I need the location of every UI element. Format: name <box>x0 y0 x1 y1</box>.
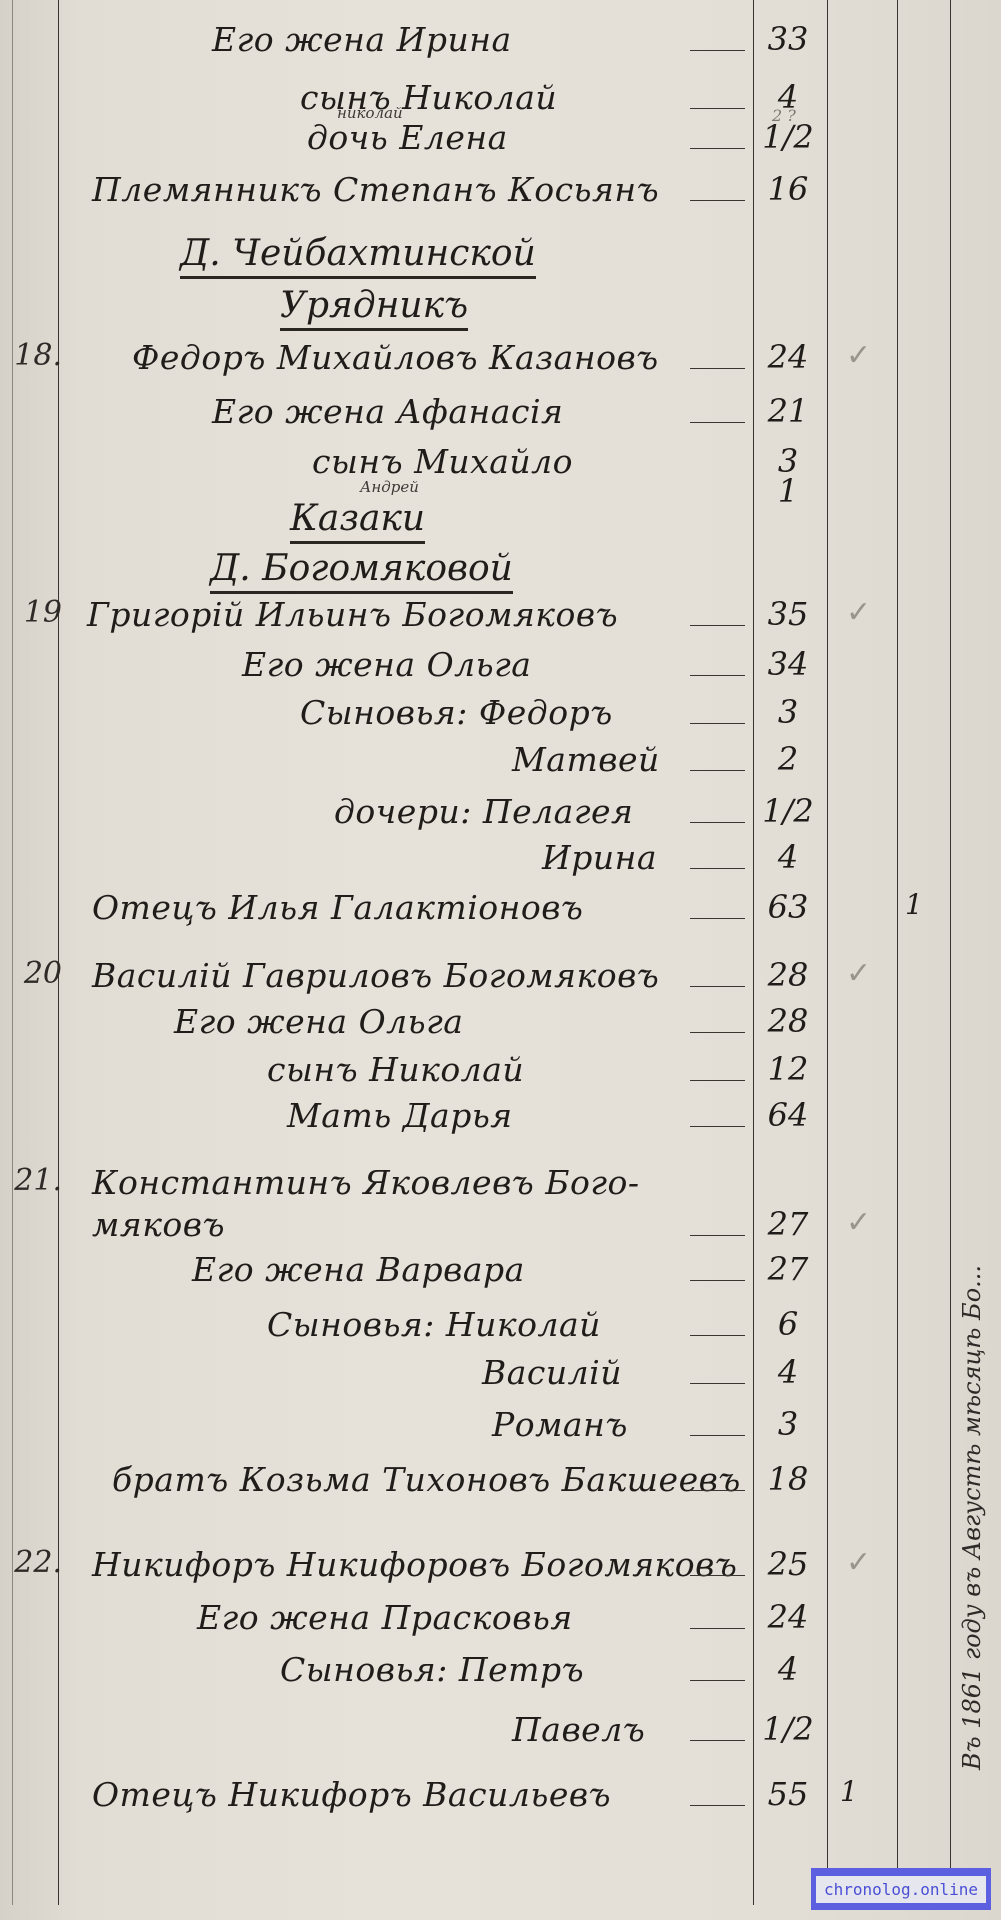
leader-dash <box>690 822 745 823</box>
entry-number: 19 <box>4 595 62 630</box>
register-row: Его жена Афанасія21 <box>0 392 1001 444</box>
person-age: 34 <box>756 645 820 683</box>
person-name: Василій <box>482 1353 622 1392</box>
person-age: 24 <box>756 338 820 376</box>
count-mark: 1 <box>905 888 923 921</box>
watermark: chronolog.online <box>811 1868 991 1910</box>
leader-dash <box>690 108 745 109</box>
person-age: 33 <box>756 20 820 58</box>
person-name: Федоръ Михайловъ Казановъ <box>132 338 659 377</box>
entry-number: 21. <box>4 1163 62 1198</box>
person-name: Сыновья: Петръ <box>280 1650 584 1689</box>
entry-number: 22. <box>4 1545 62 1580</box>
person-name: Романъ <box>492 1405 628 1444</box>
register-row: Ирина4 <box>0 838 1001 890</box>
person-name: Мать Дарья <box>287 1096 513 1135</box>
person-age: 1/2 <box>756 792 820 830</box>
person-name: Ирина <box>542 838 657 877</box>
person-age: 63 <box>756 888 820 926</box>
register-row: Сыновья: Федоръ3 <box>0 693 1001 745</box>
register-row: Его жена Ирина33 <box>0 20 1001 72</box>
register-row: сынъ Николай12 <box>0 1050 1001 1102</box>
leader-dash <box>690 368 745 369</box>
leader-dash <box>690 1280 745 1281</box>
leader-dash <box>690 148 745 149</box>
leader-dash <box>690 675 745 676</box>
person-age: 25 <box>756 1545 820 1583</box>
entry-number: 20 <box>4 956 62 991</box>
person-name: Его жена Афанасія <box>212 392 563 431</box>
checkmark-icon: ✓ <box>846 956 871 991</box>
register-row: Матвей2 <box>0 740 1001 792</box>
register-row: Павелъ1/2 <box>0 1710 1001 1762</box>
person-name: дочери: Пелагея <box>334 792 633 831</box>
person-age: 28 <box>756 956 820 994</box>
leader-dash <box>690 1805 745 1806</box>
leader-dash <box>690 770 745 771</box>
person-name: Отецъ Илья Галактіоновъ <box>92 888 583 927</box>
person-name: Племянникъ Степанъ Косьянъ <box>92 170 659 209</box>
person-name: Григорій Ильинъ Богомяковъ <box>87 595 618 634</box>
person-name: дочь Елена <box>307 118 508 157</box>
register-row: Отецъ Никифоръ Васильевъ551 <box>0 1775 1001 1827</box>
checkmark-icon: ✓ <box>846 1545 871 1580</box>
person-age: 4 <box>756 1650 820 1688</box>
person-name: Василій Гавриловъ Богомяковъ <box>92 956 659 995</box>
person-age: 64 <box>756 1096 820 1134</box>
register-row: 22.Никифоръ Никифоровъ Богомяковъ25✓ <box>0 1545 1001 1597</box>
leader-dash <box>690 1080 745 1081</box>
person-name: Павелъ <box>512 1710 645 1749</box>
checkmark-icon: ✓ <box>846 1205 871 1240</box>
person-age: 4 <box>756 838 820 876</box>
leader-dash <box>690 1235 745 1236</box>
watermark-text: chronolog.online <box>816 1876 986 1903</box>
leader-dash <box>690 1490 745 1491</box>
person-name: Отецъ Никифоръ Васильевъ <box>92 1775 611 1814</box>
person-name: Никифоръ Никифоровъ Богомяковъ <box>92 1545 737 1584</box>
register-row: Василій4 <box>0 1353 1001 1405</box>
person-age: 27 <box>756 1250 820 1288</box>
register-row: дочери: Пелагея1/2 <box>0 792 1001 844</box>
person-name: Его жена Ольга <box>174 1002 463 1041</box>
register-row: Племянникъ Степанъ Косьянъ16 <box>0 170 1001 222</box>
register-row: Его жена Варвара27 <box>0 1250 1001 1302</box>
section-heading: Д. Богомяковой <box>210 548 513 594</box>
person-age: 4 <box>756 1353 820 1391</box>
person-age: 1 <box>756 472 820 510</box>
leader-dash <box>690 625 745 626</box>
leader-dash <box>690 723 745 724</box>
person-age: 1/2 <box>756 1710 820 1748</box>
register-row: 18.Федоръ Михайловъ Казановъ24✓ <box>0 338 1001 390</box>
person-name: Его жена Ирина <box>212 20 512 59</box>
person-age: 35 <box>756 595 820 633</box>
person-name: мяковъ <box>92 1205 225 1244</box>
person-name: Его жена Варвара <box>192 1250 525 1289</box>
person-age: 28 <box>756 1002 820 1040</box>
entry-number: 18. <box>4 338 62 373</box>
register-row: Его жена Ольга28 <box>0 1002 1001 1054</box>
checkmark-icon: ✓ <box>846 595 871 630</box>
person-age: 12 <box>756 1050 820 1088</box>
person-name: Сыновья: Николай <box>267 1305 601 1344</box>
checkmark-icon: ✓ <box>846 338 871 373</box>
leader-dash <box>690 986 745 987</box>
leader-dash <box>690 50 745 51</box>
person-age: 16 <box>756 170 820 208</box>
leader-dash <box>690 1680 745 1681</box>
leader-dash <box>690 1335 745 1336</box>
leader-dash <box>690 868 745 869</box>
register-row: 19Григорій Ильинъ Богомяковъ35✓ <box>0 595 1001 647</box>
person-age: 3 <box>756 693 820 731</box>
person-name: Сыновья: Федоръ <box>300 693 613 732</box>
leader-dash <box>690 1740 745 1741</box>
leader-dash <box>690 1575 745 1576</box>
person-age: 18 <box>756 1460 820 1498</box>
register-row: Отецъ Илья Галактіоновъ631 <box>0 888 1001 940</box>
register-row: Романъ3 <box>0 1405 1001 1457</box>
register-row: Мать Дарья64 <box>0 1096 1001 1148</box>
register-row: Его жена Ольга34 <box>0 645 1001 697</box>
person-age: 27 <box>756 1205 820 1243</box>
leader-dash <box>690 1032 745 1033</box>
section-heading: Урядникъ <box>280 285 468 331</box>
register-row: Сыновья: Петръ4 <box>0 1650 1001 1702</box>
person-name: Его жена Прасковья <box>197 1598 573 1637</box>
person-name: Константинъ Яковлевъ Бого- <box>92 1163 640 1202</box>
leader-dash <box>690 422 745 423</box>
person-age: 2 <box>756 740 820 778</box>
register-row-extra-age: 1 <box>0 472 1001 524</box>
leader-dash <box>690 200 745 201</box>
register-row: Сыновья: Николай6 <box>0 1305 1001 1357</box>
leader-dash <box>690 1628 745 1629</box>
person-name: сынъ Николай <box>267 1050 524 1089</box>
person-age: 21 <box>756 392 820 430</box>
person-age: 24 <box>756 1598 820 1636</box>
person-name: Его жена Ольга <box>242 645 531 684</box>
leader-dash <box>690 1383 745 1384</box>
person-name: братъ Козьма Тихоновъ Бакшеевъ <box>112 1460 741 1499</box>
register-row: 20Василій Гавриловъ Богомяковъ28✓ <box>0 956 1001 1008</box>
section-heading: Д. Чейбахтинской <box>180 233 536 279</box>
count-mark: 1 <box>840 1775 858 1808</box>
name-annotation: николай <box>337 104 403 122</box>
pencil-age-note: 2 ? <box>772 106 796 125</box>
margin-note: Въ 1861 году въ Августѣ мѣсяцѣ Бо... <box>958 1070 986 1770</box>
leader-dash <box>690 1126 745 1127</box>
person-age: 55 <box>756 1775 820 1813</box>
person-age: 6 <box>756 1305 820 1343</box>
person-name: Матвей <box>512 740 660 779</box>
register-row: Его жена Прасковья24 <box>0 1598 1001 1650</box>
register-page: Д. ЧейбахтинскойУрядникъКазакиАндрейД. Б… <box>0 0 1001 1920</box>
register-row: дочь Елена1/2николай2 ? <box>0 118 1001 170</box>
register-row: братъ Козьма Тихоновъ Бакшеевъ18 <box>0 1460 1001 1512</box>
leader-dash <box>690 918 745 919</box>
leader-dash <box>690 1435 745 1436</box>
person-age: 3 <box>756 1405 820 1443</box>
